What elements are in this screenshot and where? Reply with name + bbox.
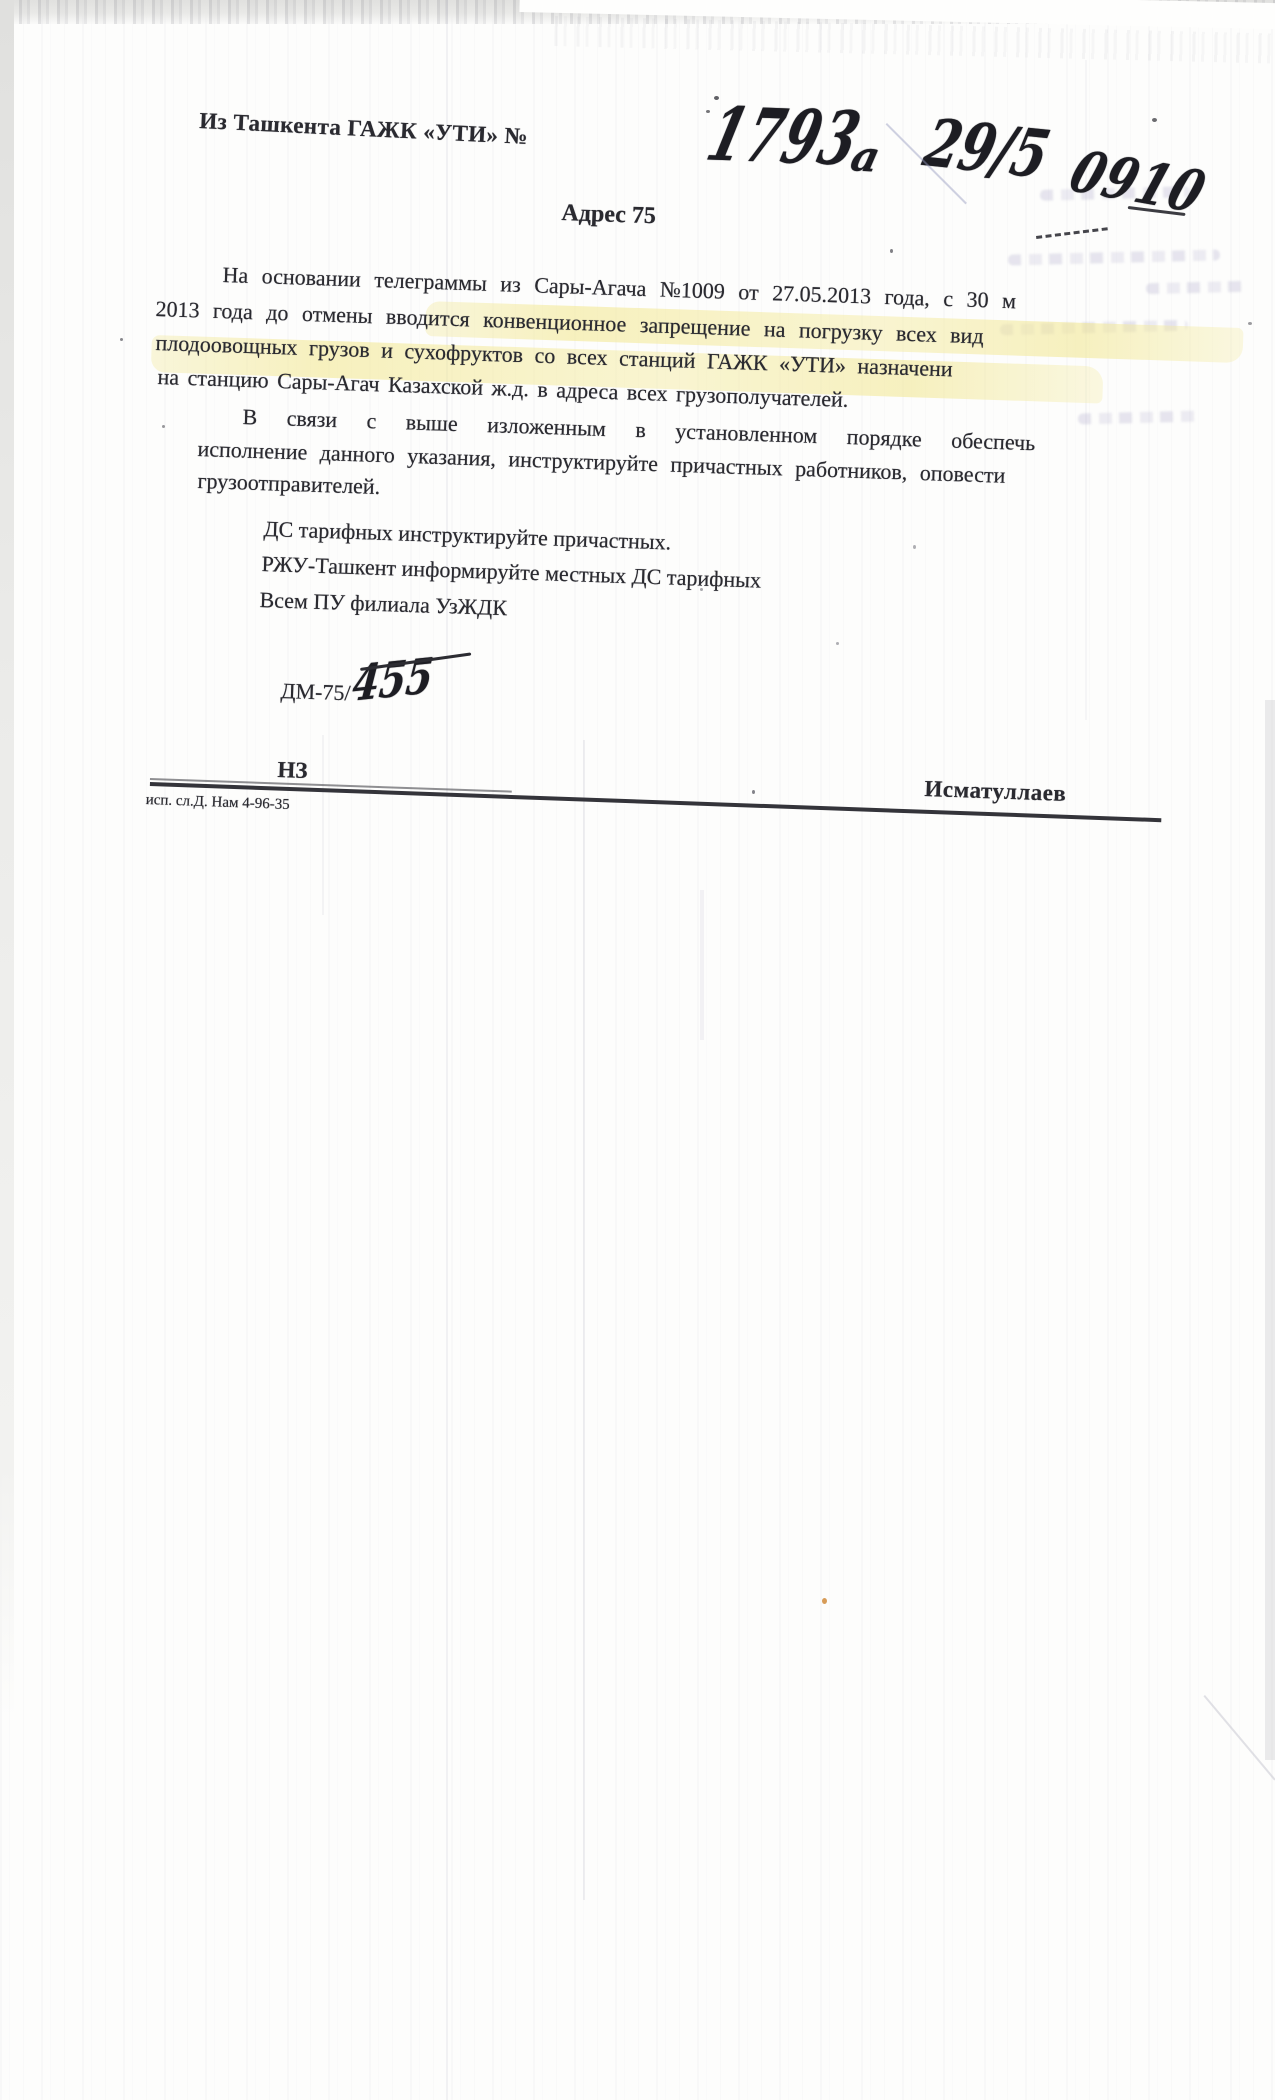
orange-speck — [822, 1598, 827, 1604]
bleed-through-text — [1078, 411, 1200, 425]
dirt-speck — [120, 338, 123, 341]
bleed-through-text — [1146, 281, 1246, 294]
bleed-through-text — [1000, 320, 1188, 336]
handwritten-time: 0910 — [1061, 138, 1215, 226]
scan-right-edge-shadow — [1265, 700, 1275, 1760]
dirt-speck — [700, 588, 703, 591]
handwritten-date: 29/5 — [917, 104, 1057, 193]
paragraph2-line3: грузоотправителей. — [197, 468, 380, 500]
pen-dash-trail — [1036, 227, 1108, 239]
scan-vertical-streak — [583, 740, 585, 1900]
dirt-speck — [913, 545, 916, 549]
dirt-speck — [1248, 322, 1252, 325]
dirt-speck — [752, 790, 755, 794]
handwritten-reference-number: 455 — [350, 648, 436, 713]
instruction-line1: ДС тарифных инструктируйте причастных. — [263, 516, 671, 556]
reference-number: ДМ-75/ — [280, 678, 351, 706]
bleed-through-text — [1008, 249, 1220, 265]
scan-vertical-streak — [322, 735, 324, 915]
ink-smudge — [714, 96, 719, 100]
ink-smudge — [706, 110, 710, 113]
handwritten-telegram-number: 1793 — [699, 92, 870, 182]
scan-left-edge-shadow — [0, 0, 14, 1720]
ink-smudge — [1152, 118, 1157, 122]
signature-name: Исматуллаев — [924, 776, 1067, 807]
instruction-line2: РЖУ-Ташкент информируйте местных ДС тари… — [261, 551, 761, 594]
executor-note: исп. сл.Д. Нам 4-96-35 — [145, 792, 290, 814]
instruction-line3: Всем ПУ филиала УзЖДК — [259, 587, 507, 621]
dirt-speck — [162, 425, 165, 428]
scanned-telegram-page: { "header": { "from_line": "Из Ташкента … — [0, 0, 1275, 2100]
signatory-position-code: НЗ — [277, 757, 308, 784]
dirt-speck — [836, 642, 839, 645]
scan-vertical-streak — [700, 890, 704, 1040]
address-line: Адрес 75 — [561, 200, 656, 230]
dirt-speck — [890, 249, 893, 253]
document-origin-line: Из Ташкента ГАЖК «УТИ» № — [199, 108, 529, 150]
